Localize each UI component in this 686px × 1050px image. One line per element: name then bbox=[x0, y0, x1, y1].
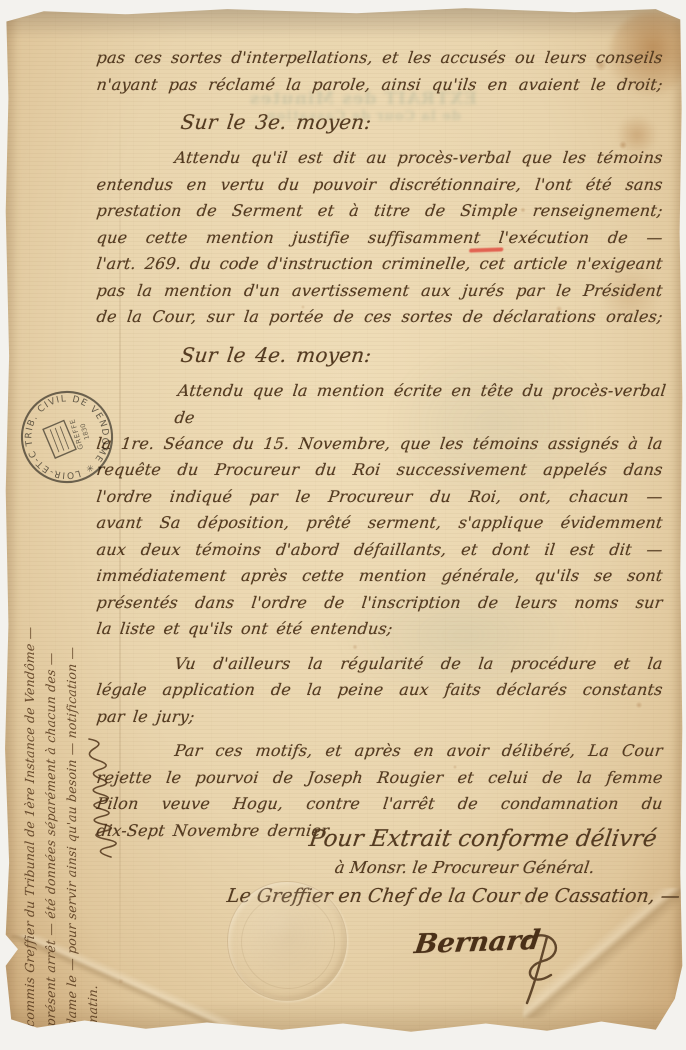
closing-block: Pour Extrait conforme délivré à Monsr. l… bbox=[95, 823, 661, 1001]
manuscript-paper: EXTRAIT des Minutes de la Cour de Cassat… bbox=[3, 5, 683, 1038]
closing-addressee: à Monsr. le Procureur Général. bbox=[95, 855, 665, 881]
manuscript-line: pas la mention d'un avertissement aux ju… bbox=[95, 278, 664, 305]
manuscript-line: avant Sa déposition, prêté serment, s'ap… bbox=[95, 510, 664, 537]
manuscript-line: prestation de Serment et à titre de Simp… bbox=[95, 198, 664, 225]
manuscript-line: rejette le pourvoi de Joseph Rougier et … bbox=[95, 765, 664, 792]
margin-note-line: Madame le — pour servir ainsi qu'au beso… bbox=[61, 560, 82, 1048]
manuscript-line: entendus en vertu du pouvoir discrétionn… bbox=[95, 172, 664, 199]
blind-seal-inner-ring bbox=[241, 895, 335, 989]
signature-paraph bbox=[513, 933, 573, 1005]
manuscript-line: requête du Procureur du Roi successiveme… bbox=[95, 457, 664, 484]
closing-title: Le Greffier en Chef de la Cour de Cassat… bbox=[95, 881, 665, 911]
manuscript-line: Par ces motifs, et après en avoir délibé… bbox=[95, 738, 664, 765]
margin-note-line: Le commis Greffier du Tribunal de 1ère I… bbox=[19, 560, 40, 1048]
manuscript-line: l'ordre indiqué par le Procureur du Roi,… bbox=[95, 484, 664, 511]
manuscript-line: l'art. 269. du code d'instruction crimin… bbox=[95, 251, 664, 278]
manuscript-line: la liste et qu'ils ont été entendus; bbox=[95, 616, 664, 643]
manuscript-line: présentés dans l'ordre de l'inscription … bbox=[95, 590, 664, 617]
manuscript-line: n'ayant pas réclamé la parole, ainsi qu'… bbox=[95, 72, 664, 99]
manuscript-line: aux deux témoins d'abord défaillants, et… bbox=[95, 537, 664, 564]
closing-formula: Pour Extrait conforme délivré bbox=[95, 823, 665, 855]
margin-note: Le commis Greffier du Tribunal de 1ère I… bbox=[19, 561, 103, 1047]
manuscript-line: immédiatement après cette mention généra… bbox=[95, 563, 664, 590]
manuscript-line: Attendu qu'il est dit au procès-verbal q… bbox=[95, 145, 664, 172]
manuscript-line: par le jury; bbox=[95, 704, 664, 731]
manuscript-line: la 1re. Séance du 15. Novembre, que les … bbox=[95, 431, 664, 458]
margin-note-line: du présent arrêt — été données séparémen… bbox=[40, 560, 61, 1048]
manuscript-line: légale application de la peine aux faits… bbox=[95, 677, 664, 704]
manuscript-line: pas ces sortes d'interpellations, et les… bbox=[95, 45, 664, 72]
signature-row: Bernard bbox=[95, 911, 661, 1001]
manuscript-text: pas ces sortes d'interpellations, et les… bbox=[95, 45, 661, 844]
manuscript-line: Pilon veuve Hogu, contre l'arrêt de cond… bbox=[95, 791, 664, 818]
manuscript-line: que cette mention justifie suffisamment … bbox=[95, 225, 664, 252]
margin-note-signature-scribble bbox=[85, 737, 121, 861]
embossed-blind-seal bbox=[227, 881, 347, 1001]
manuscript-line: Vu d'ailleurs la régularité de la procéd… bbox=[95, 651, 664, 678]
manuscript-line: Sur le 3e. moyen: bbox=[95, 107, 665, 137]
manuscript-line: Attendu que la mention écrite en tête du… bbox=[95, 378, 668, 431]
manuscript-line: de la Cour, sur la portée de ces sortes … bbox=[95, 304, 664, 331]
manuscript-line: Sur le 4e. moyen: bbox=[95, 340, 665, 370]
